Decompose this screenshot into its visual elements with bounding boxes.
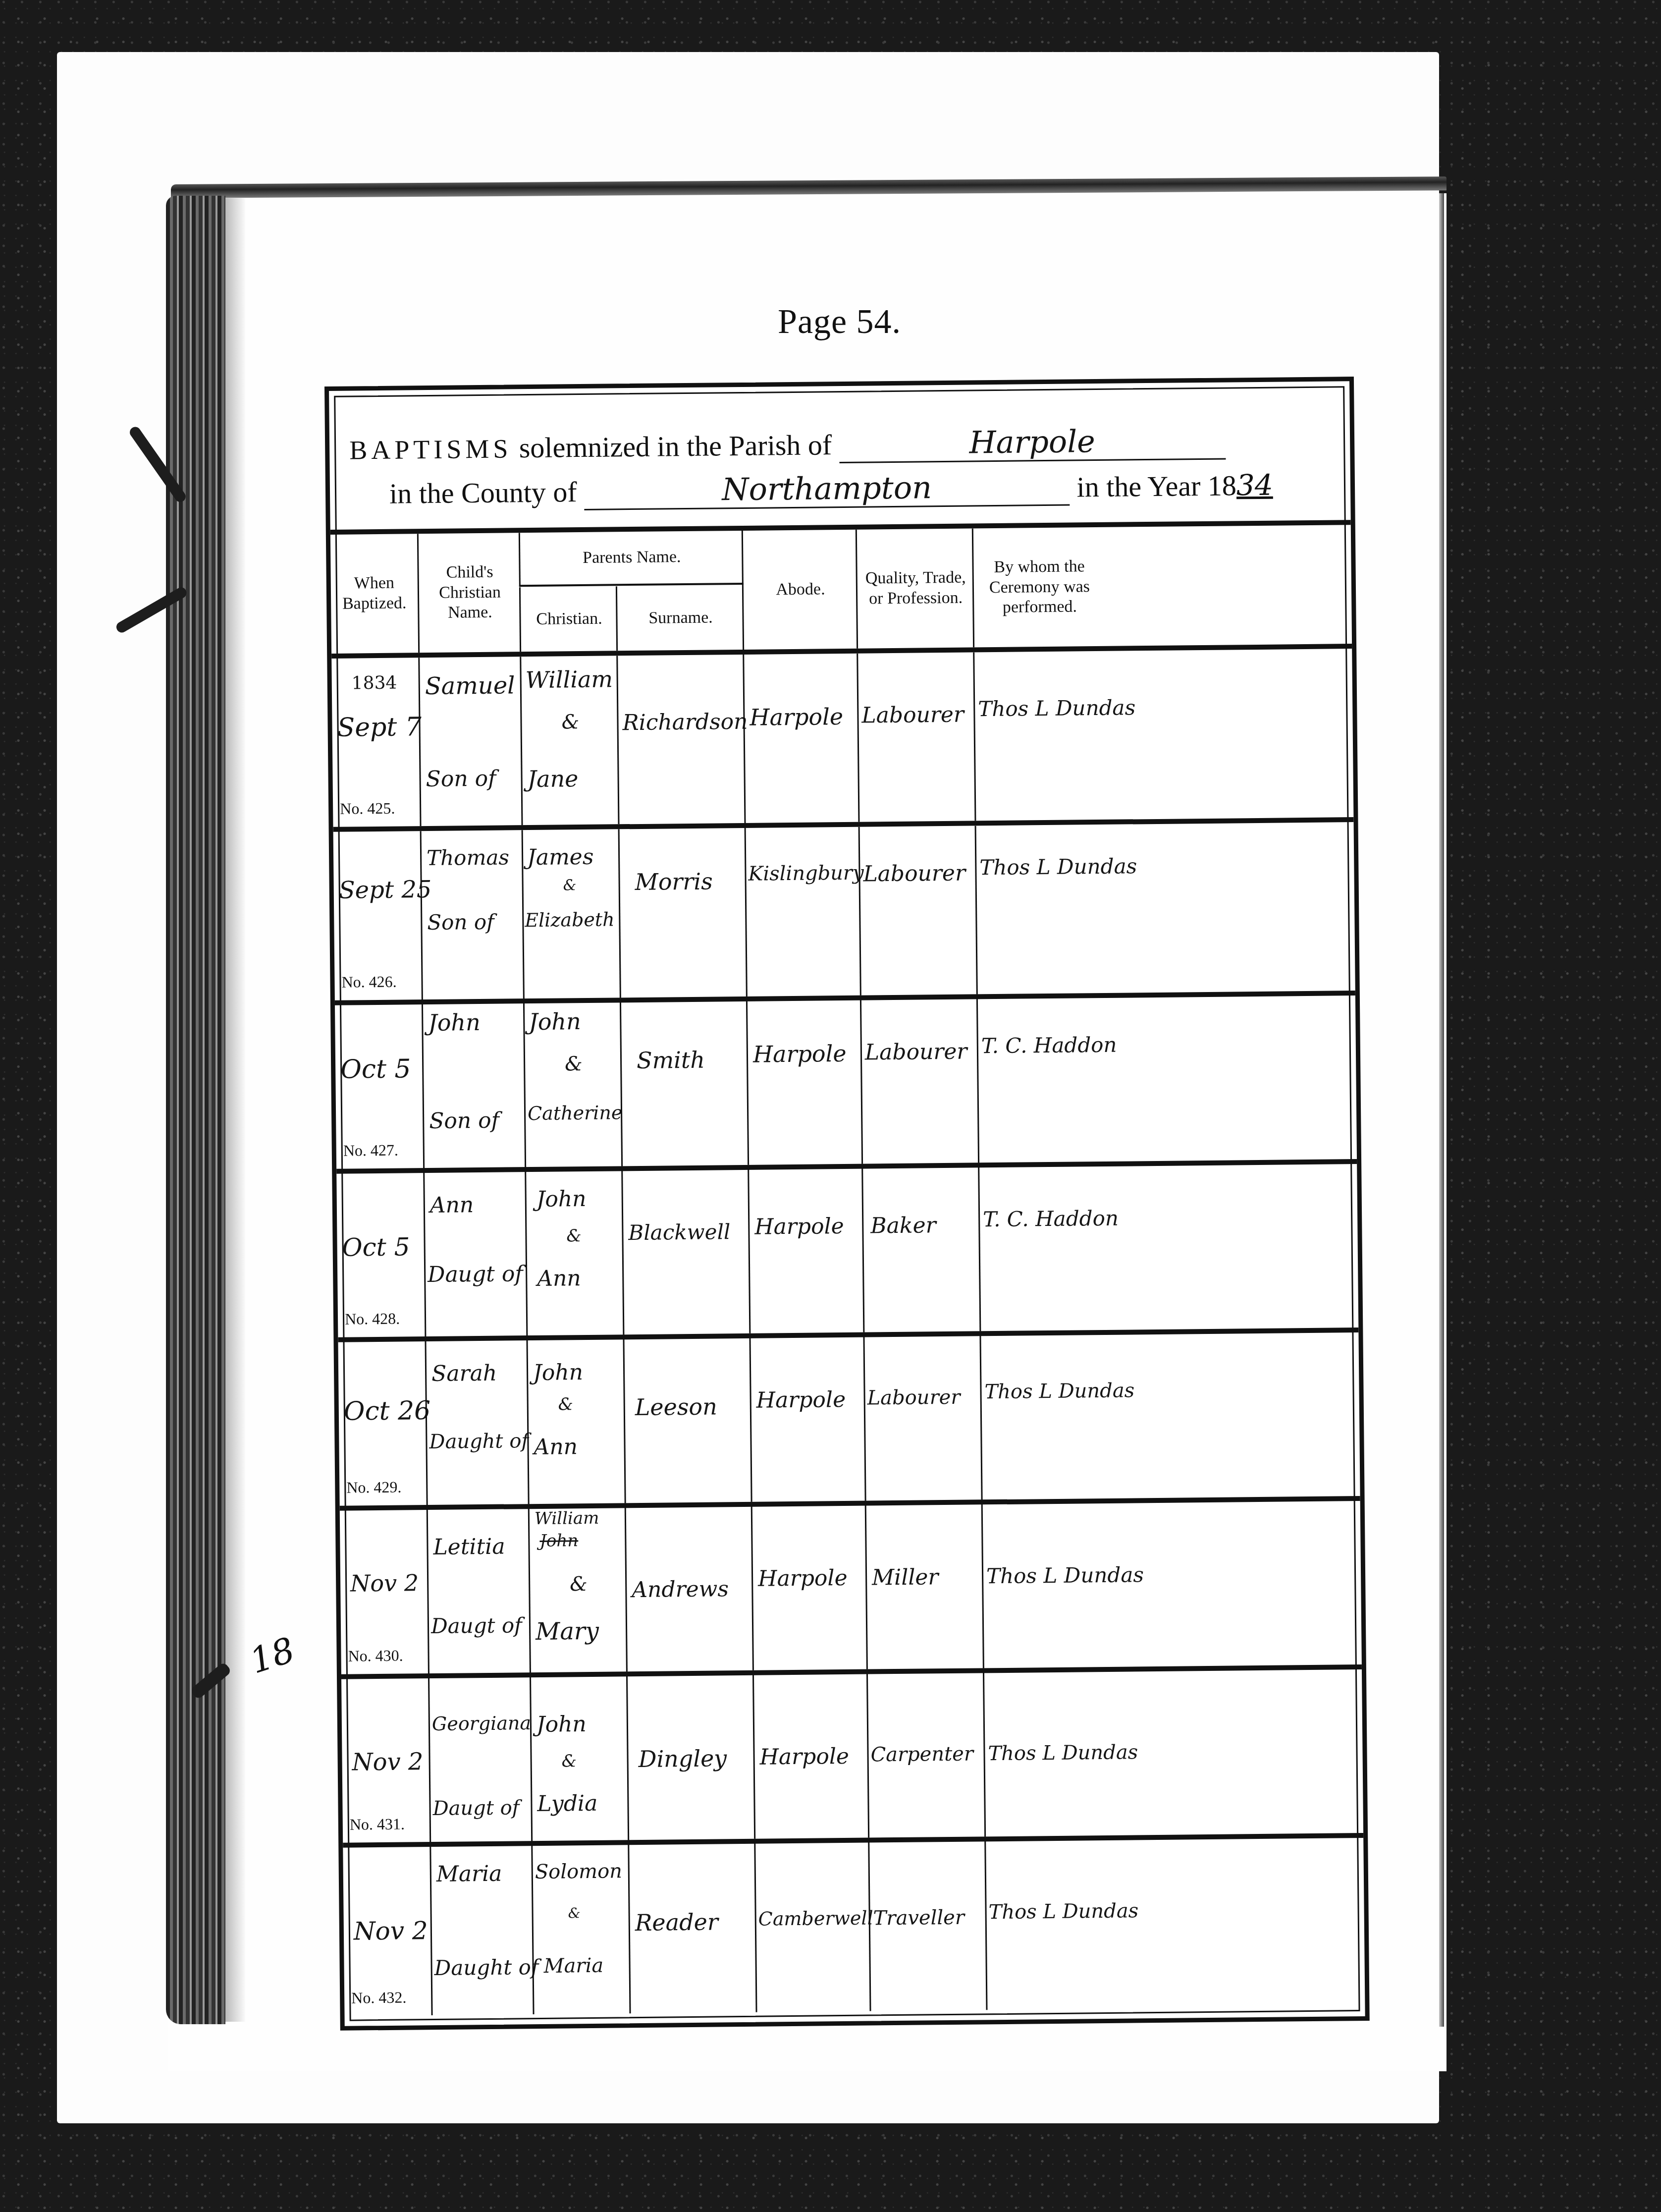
parish-value: Harpole [839,422,1226,463]
father-name: John [529,1008,581,1035]
abode: Harpole [754,1214,844,1240]
entry-number: No. 425. [340,799,395,818]
relation: Son of [429,1108,499,1134]
relation: Daugt of [428,1261,523,1287]
entry-date: Nov 2 [354,1916,428,1945]
header-abode: Abode. [742,530,858,650]
entry-number: No. 429. [346,1478,401,1497]
abode: Harpole [756,1387,846,1413]
father-name: John [533,1360,583,1385]
relation: Son of [426,766,496,792]
column-headers: When Baptized. Child's Christian Name. P… [330,525,1352,654]
header-when-baptized: When Baptized. [330,534,418,654]
mother-name: Ann [537,1266,581,1291]
child-name: Ann [430,1192,474,1218]
abode: Harpole [759,1744,849,1770]
entry-date: Nov 2 [352,1748,423,1776]
entry-number: No. 427. [343,1141,398,1160]
surname: Morris [635,868,713,896]
father-name: James [527,844,594,870]
abode: Camberwell [758,1907,873,1930]
title-prefix: BAPTISMS [349,434,512,465]
entry-number: No. 426. [341,973,396,992]
child-name: Georgiana [432,1712,532,1735]
entry-date: Sept 7 [337,712,422,743]
table-row: Nov 2No. 431. GeorgianaDaugt of John&Lyd… [341,1664,1363,1848]
page-number: Page 54. [778,302,901,342]
entry-number: No. 428. [345,1310,400,1328]
year-phrase: in the Year 18 [1076,469,1236,503]
table-row: Sept 25No. 426. ThomasSon of James&Eliza… [333,822,1355,1005]
table-row: Oct 5No. 428. AnnDaugt of John&Ann Black… [336,1159,1358,1342]
ampersand: & [566,1226,582,1246]
entry-date: Oct 26 [344,1396,431,1427]
profession: Carpenter [870,1743,973,1767]
mother-name: Jane [527,765,578,792]
county-value: Northampton [584,468,1070,510]
mother-name: Ann [534,1434,578,1460]
father-name: John [536,1186,587,1212]
officiant: Thos L Dundas [979,854,1137,880]
profession: Labourer [867,1386,960,1410]
father-name: William [535,1508,599,1529]
surname: Andrews [632,1576,729,1603]
spine-gutter [225,198,245,2022]
profession: Traveller [873,1906,965,1930]
relation: Daugt of [432,1796,519,1820]
header-parents-name: Parents Name. [519,531,744,587]
mother-name: Elizabeth [525,908,615,931]
mother-name: Lydia [537,1791,597,1817]
surname: Blackwell [628,1219,730,1245]
mother-name: Catherine [528,1102,623,1124]
officiant: Thos L Dundas [984,1379,1134,1403]
table-row: Nov 2No. 430. LetitiaDaugt of WilliamJoh… [340,1496,1362,1679]
register-title: BAPTISMS solemnized in the Parish of Har… [349,411,1331,530]
ampersand: & [563,877,577,894]
ampersand: & [570,1573,588,1596]
header-parents-christian: Christian. [519,586,618,652]
mother-name: Maria [543,1954,603,1978]
entry-date: Nov 2 [350,1569,419,1597]
abode: Harpole [753,1040,847,1068]
header-child-name: Child's Christian Name. [417,533,521,653]
entry-date: Sept 25 [338,876,431,904]
relation: Daught of [434,1955,538,1980]
mother-name: Mary [536,1617,599,1646]
officiant: T. C. Haddon [983,1206,1119,1232]
relation: Daugt of [431,1613,522,1638]
entry-date: Oct 5 [340,1054,411,1084]
abode: Harpole [750,703,843,731]
table-row: Oct 5No. 427. JohnSon of John&Catherine … [335,991,1357,1174]
entry-date: Oct 5 [342,1232,410,1262]
baptism-register-table: BAPTISMS solemnized in the Parish of Har… [324,377,1370,2031]
profession: Baker [870,1213,936,1238]
child-name: John [428,1009,481,1036]
child-name: Letitia [433,1534,505,1560]
surname: Richardson [622,709,748,735]
ampersand: & [568,1905,580,1921]
entry-number: No. 430. [348,1647,403,1665]
officiant: T. C. Haddon [981,1033,1117,1058]
entry-number: No. 432. [351,1989,406,2007]
father-name: Solomon [535,1860,623,1883]
officiant: Thos L Dundas [988,1741,1138,1765]
ampersand: & [558,1394,574,1414]
page-edge [1439,193,1444,2027]
table-row: 1834Sept 7No. 425. SamuelSon of William&… [331,649,1353,832]
profession: Labourer [865,1039,967,1065]
header-profession: Quality, Trade, or Profession. [856,528,974,648]
county-phrase: in the County of [389,476,577,510]
profession: Labourer [863,861,965,887]
relation: Son of [427,910,494,935]
relation: Daught of [429,1430,529,1453]
abode: Harpole [758,1565,848,1592]
header-officiant: By whom the Ceremony was performed. [972,527,1106,648]
officiant: Thos L Dundas [988,1899,1138,1924]
ampersand: & [565,1052,583,1075]
father-name: William [525,665,613,693]
struck-father-name: John [539,1531,578,1551]
year-value: 34 [1236,468,1273,502]
officiant: Thos L Dundas [978,695,1135,721]
profession: Miller [872,1564,939,1590]
header-parents-surname: Surname. [616,585,744,651]
abode: Kislingbury [748,862,864,885]
child-name: Thomas [427,845,509,870]
book-spine [166,196,225,2024]
surname: Leeson [635,1393,717,1421]
child-name: Maria [436,1861,502,1887]
officiant: Thos L Dundas [986,1562,1144,1588]
surname: Smith [637,1047,705,1074]
surname: Dingley [638,1745,727,1772]
child-name: Samuel [425,671,515,700]
surname: Reader [635,1909,718,1936]
profession: Labourer [861,702,964,728]
parish-phrase: solemnized in the Parish of [519,429,832,464]
child-name: Sarah [431,1361,497,1386]
entry-year: 1834 [352,673,397,694]
table-row: Nov 2No. 432. MariaDaught of Solomon&Mar… [343,1833,1365,2016]
ampersand: & [561,711,579,733]
father-name: John [536,1712,587,1737]
ampersand: & [561,1751,577,1771]
table-row: Oct 26No. 429. SarahDaught of John&Ann L… [338,1327,1360,1511]
entry-number: No. 431. [350,1815,405,1834]
